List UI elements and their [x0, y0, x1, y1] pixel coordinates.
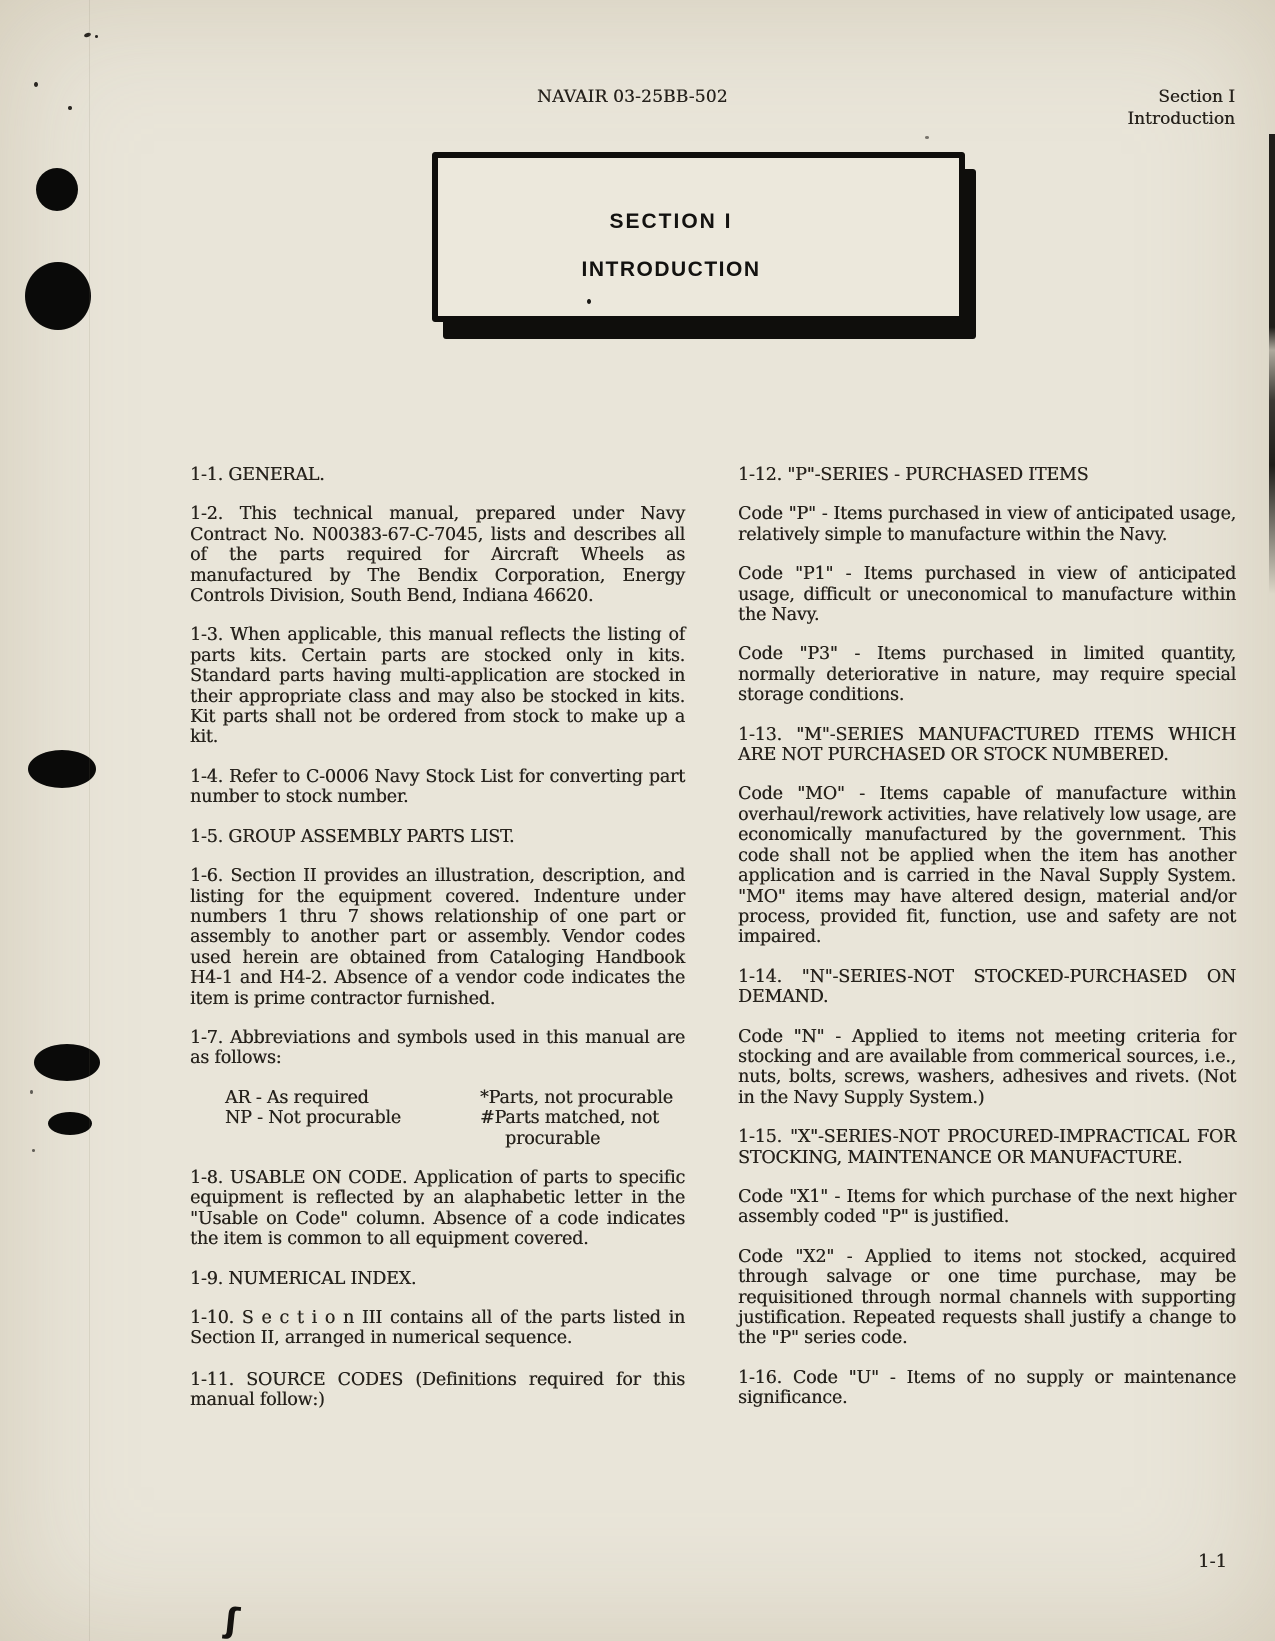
- ink-speck: [32, 1149, 35, 1152]
- para-1-4: 1-4. Refer to C-0006 Navy Stock List for…: [190, 767, 685, 808]
- para-1-7: 1-7. Abbreviations and symbols used in t…: [190, 1028, 685, 1069]
- abbr-cell: procurable: [480, 1129, 685, 1149]
- para-code-p1: Code "P1" - Items purchased in view of a…: [738, 564, 1236, 625]
- para-1-15: 1-15. "X"-SERIES-NOT PROCURED-IMPRACTICA…: [738, 1127, 1236, 1168]
- para-1-5: 1-5. GROUP ASSEMBLY PARTS LIST.: [190, 827, 685, 847]
- abbreviation-row: AR - As required *Parts, not procurable: [225, 1088, 685, 1108]
- para-1-10: 1-10. S e c t i o n III contains all of …: [190, 1308, 685, 1349]
- abbr-cell: AR - As required: [225, 1088, 480, 1108]
- ink-speck: [34, 82, 38, 87]
- right-column: 1-12. "P"-SERIES - PURCHASED ITEMS Code …: [738, 465, 1236, 1428]
- binder-hole: [34, 1044, 100, 1081]
- left-column: 1-1. GENERAL. 1-2. This technical manual…: [190, 465, 685, 1430]
- scan-edge-shadow: [1269, 134, 1275, 594]
- page-number: 1-1: [1198, 1551, 1227, 1572]
- document-number: NAVAIR 03-25BB-502: [537, 87, 728, 107]
- binder-hole: [28, 750, 96, 788]
- para-1-9: 1-9. NUMERICAL INDEX.: [190, 1269, 685, 1289]
- ink-speck: [30, 1090, 33, 1094]
- abbr-cell: [225, 1129, 480, 1149]
- para-1-12: 1-12. "P"-SERIES - PURCHASED ITEMS: [738, 465, 1236, 485]
- para-code-n: Code "N" - Applied to items not meeting …: [738, 1027, 1236, 1109]
- binder-hole: [48, 1112, 92, 1135]
- header-section-ref: Section I: [1127, 86, 1235, 108]
- abbreviations-table: AR - As required *Parts, not procurable …: [225, 1088, 685, 1149]
- binder-hole: [25, 262, 91, 330]
- para-code-x2: Code "X2" - Applied to items not stocked…: [738, 1247, 1236, 1349]
- para-1-3: 1-3. When applicable, this manual reflec…: [190, 625, 685, 747]
- paper-crease: [89, 0, 90, 1641]
- section-label: SECTION I: [438, 211, 904, 232]
- header-section-name: Introduction: [1127, 108, 1235, 130]
- para-code-mo: Code "MO" - Items capable of manufacture…: [738, 784, 1236, 947]
- para-1-11: 1-11. SOURCE CODES (Definitions required…: [190, 1370, 685, 1411]
- section-title: INTRODUCTION: [438, 259, 904, 280]
- para-code-p: Code "P" - Items purchased in view of an…: [738, 504, 1236, 545]
- document-page: ʃ NAVAIR 03-25BB-502 Section I Introduct…: [0, 0, 1275, 1641]
- ink-speck: [68, 106, 72, 110]
- para-1-8: 1-8. USABLE ON CODE. Application of part…: [190, 1168, 685, 1250]
- para-1-6: 1-6. Section II provides an illustration…: [190, 866, 685, 1009]
- header-section-block: Section I Introduction: [1127, 86, 1235, 130]
- abbr-cell: *Parts, not procurable: [480, 1088, 685, 1108]
- abbreviation-row: NP - Not procurable #Parts matched, not: [225, 1108, 685, 1128]
- para-1-1: 1-1. GENERAL.: [190, 465, 685, 485]
- ink-speck: [925, 136, 929, 139]
- para-code-x1: Code "X1" - Items for which purchase of …: [738, 1187, 1236, 1228]
- para-1-14: 1-14. "N"-SERIES-NOT STOCKED-PURCHASED O…: [738, 967, 1236, 1008]
- ink-speck: [84, 32, 92, 38]
- ink-speck: [587, 299, 591, 304]
- para-1-16: 1-16. Code "U" - Items of no supply or m…: [738, 1368, 1236, 1409]
- abbr-cell: #Parts matched, not: [480, 1108, 685, 1128]
- abbr-cell: NP - Not procurable: [225, 1108, 480, 1128]
- para-1-13: 1-13. "M"-SERIES MANUFACTURED ITEMS WHIC…: [738, 725, 1236, 766]
- abbreviation-row: procurable: [225, 1129, 685, 1149]
- para-1-2: 1-2. This technical manual, prepared und…: [190, 504, 685, 606]
- binder-hole: [36, 168, 78, 211]
- ink-speck: [95, 35, 98, 38]
- section-title-box: SECTION I INTRODUCTION: [432, 152, 965, 322]
- ink-mark: ʃ: [223, 1603, 241, 1638]
- para-code-p3: Code "P3" - Items purchased in limited q…: [738, 644, 1236, 705]
